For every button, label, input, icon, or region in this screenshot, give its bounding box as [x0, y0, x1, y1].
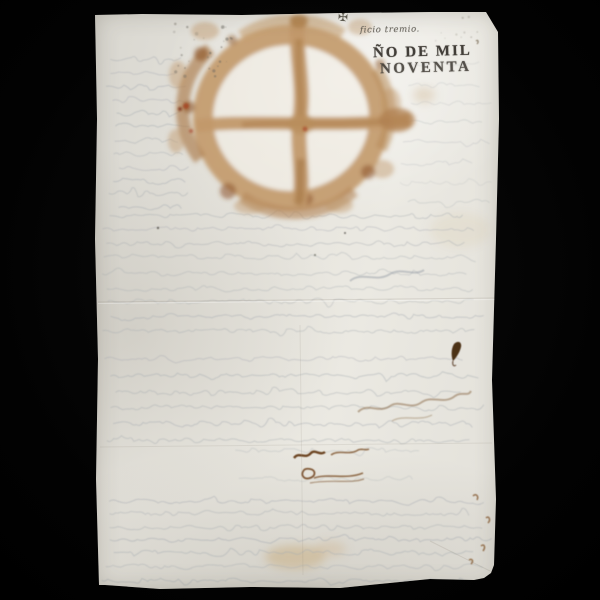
- header-small-print: ficio tremio.: [360, 24, 420, 35]
- showthrough-accents: [350, 270, 471, 421]
- stamp-year-line2: NOVENTA: [380, 59, 472, 78]
- photo-backdrop: ✠ ficio tremio. ÑO DE MIL NOVENTA: [0, 0, 600, 600]
- brown-ink-rubric: [294, 452, 325, 458]
- seal-stain: [168, 14, 415, 214]
- manuscript-artwork: [92, 9, 502, 591]
- fold-creases: [98, 298, 496, 575]
- manuscript-page: ✠ ficio tremio. ÑO DE MIL NOVENTA: [92, 9, 502, 591]
- top-cross-icon: ✠: [338, 10, 349, 25]
